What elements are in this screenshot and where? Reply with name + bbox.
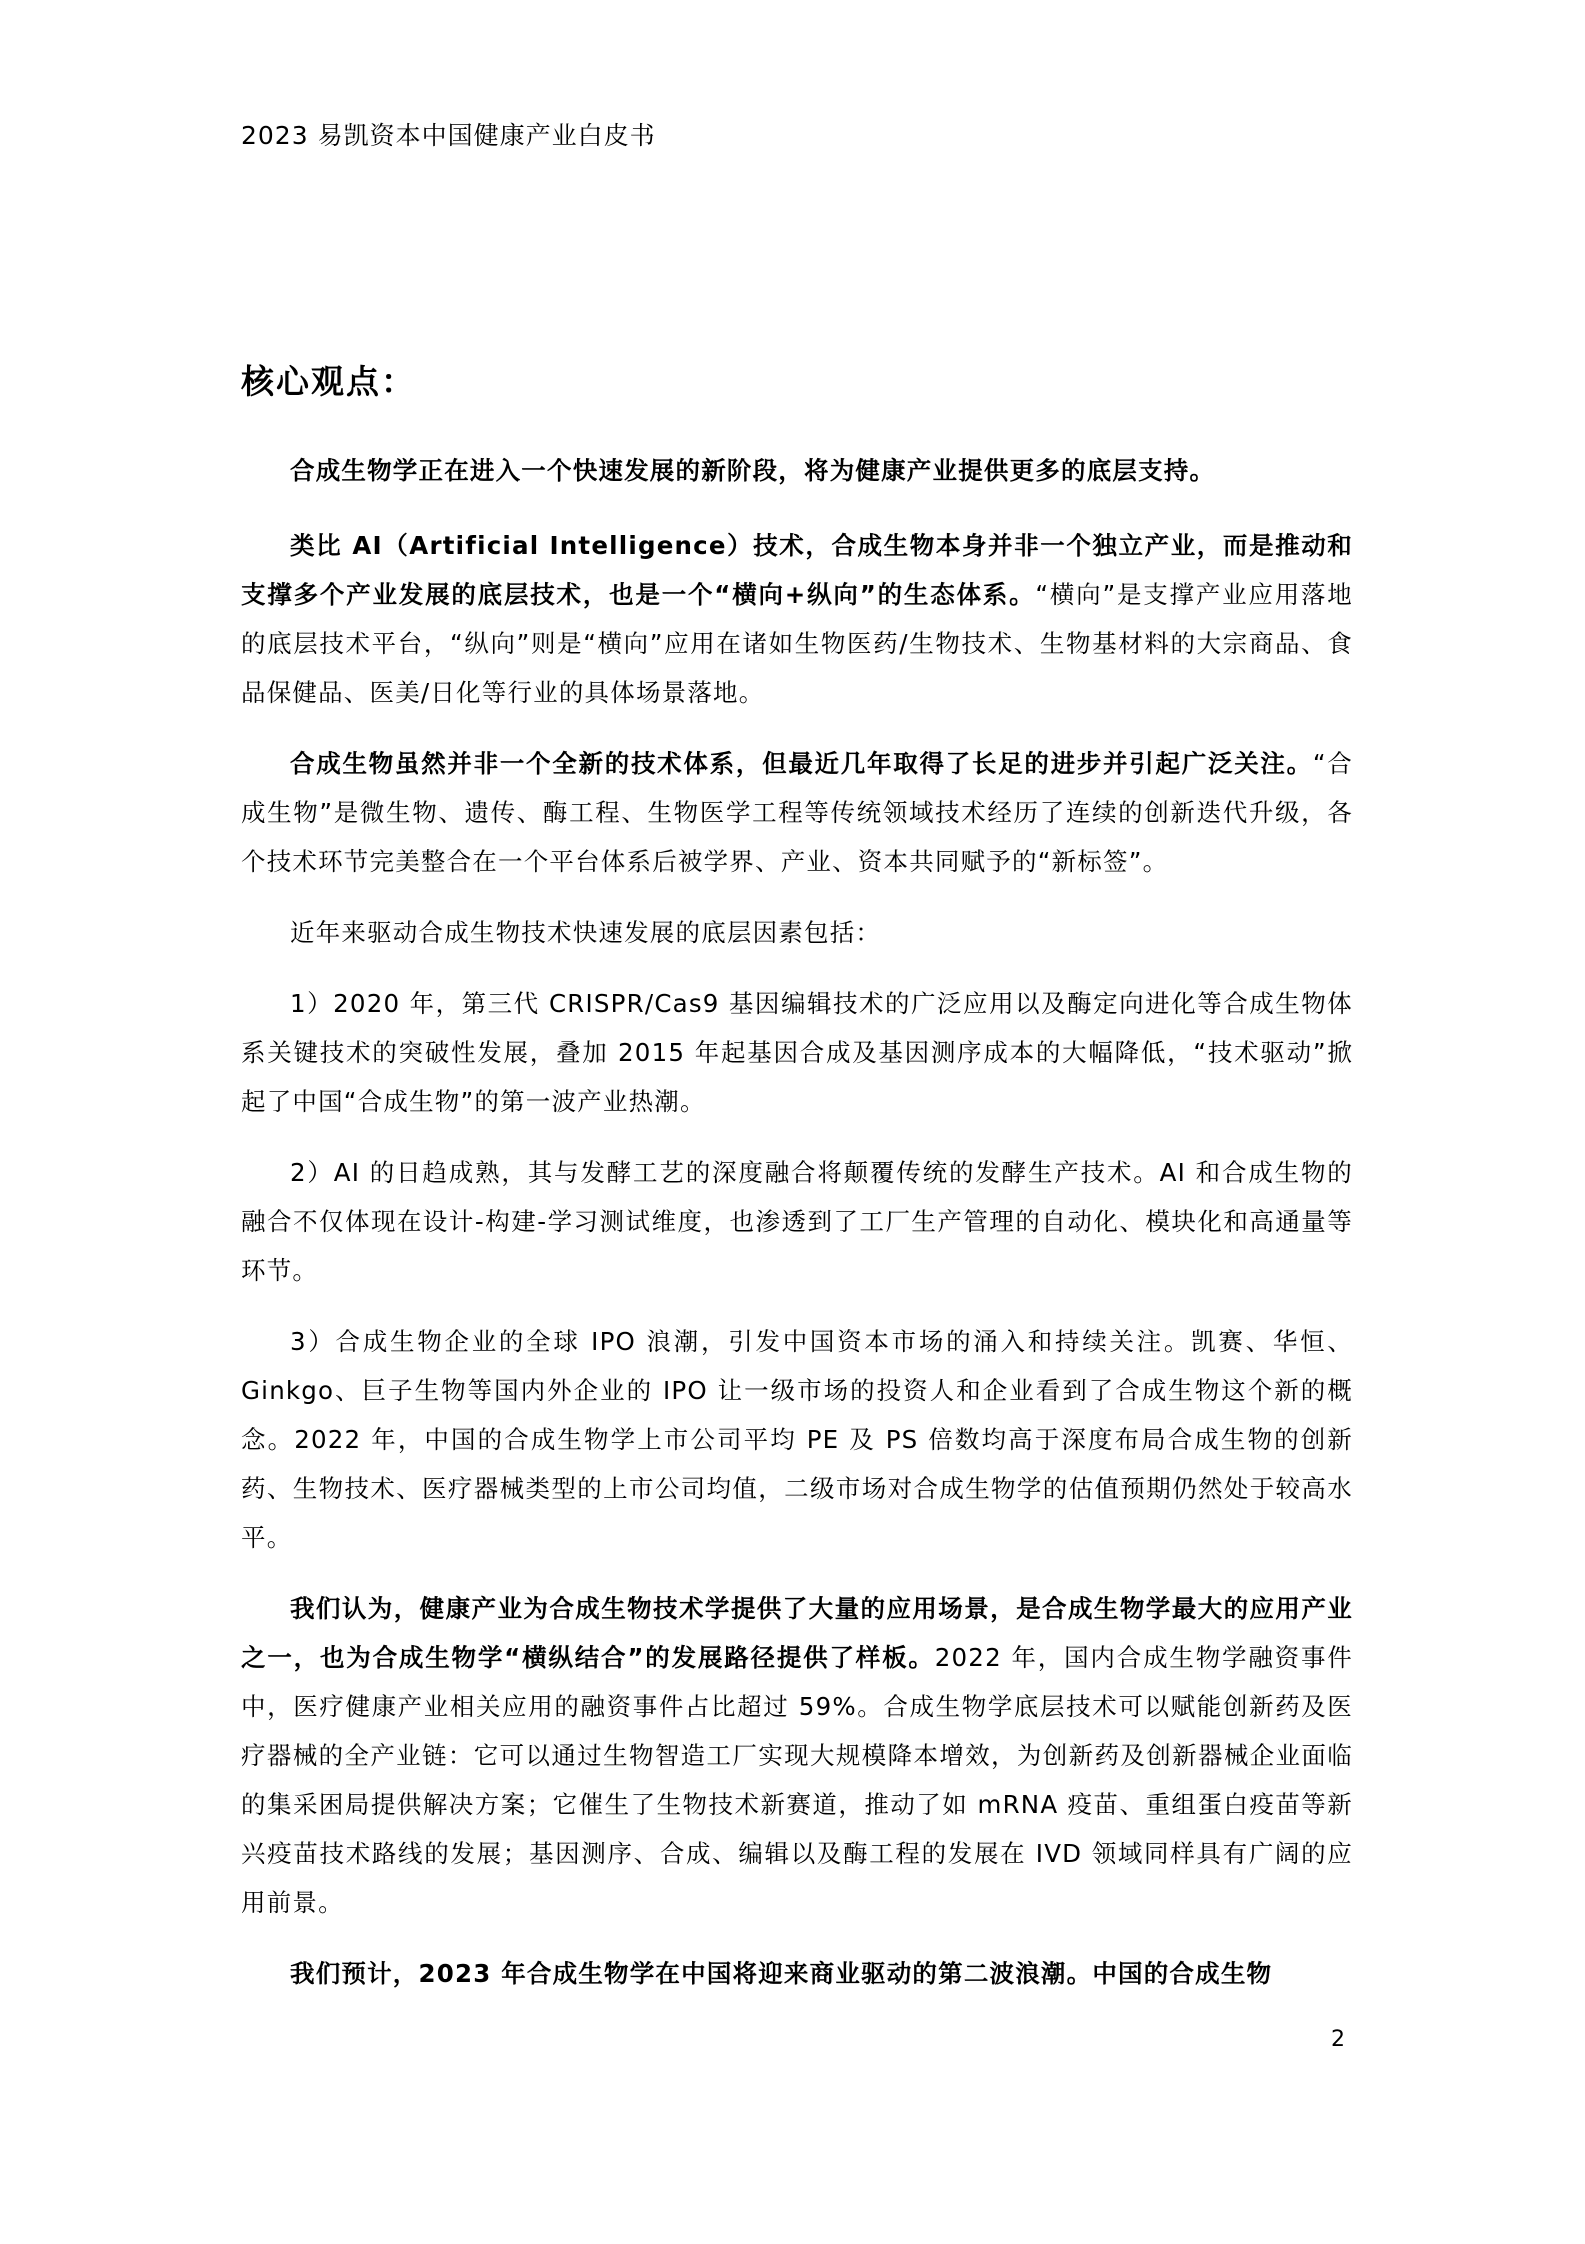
document-page: 2023 易凯资本中国健康产业白皮书 核心观点： 合成生物学正在进入一个快速发展… [0,0,1585,2244]
paragraph-text: 近年来驱动合成生物技术快速发展的底层因素包括： [290,918,881,947]
paragraph-bold-text: 合成生物虽然并非一个全新的技术体系，但最近几年取得了长足的进步并引起广泛关注。 [290,749,1313,778]
paragraph-drivers-intro: 近年来驱动合成生物技术快速发展的底层因素包括： [241,908,1353,957]
paragraph-lead: 合成生物学正在进入一个快速发展的新阶段，将为健康产业提供更多的底层支持。 [241,446,1353,495]
paragraph-forecast-2023: 我们预计，2023 年合成生物学在中国将迎来商业驱动的第二波浪潮。中国的合成生物 [241,1949,1353,1998]
paragraph-bold-text: 合成生物学正在进入一个快速发展的新阶段，将为健康产业提供更多的底层支持。 [290,456,1215,485]
section-title: 核心观点： [241,360,416,404]
paragraph-health-industry: 我们认为，健康产业为合成生物技术学提供了大量的应用场景，是合成生物学最大的应用产… [241,1584,1353,1927]
paragraph-text: 1）2020 年，第三代 CRISPR/Cas9 基因编辑技术的广泛应用以及酶定… [241,989,1353,1116]
paragraph-ai-analogy: 类比 AI（Artificial Intelligence）技术，合成生物本身并… [241,521,1353,717]
page-number: 2 [1331,2026,1345,2054]
paragraph-not-new: 合成生物虽然并非一个全新的技术体系，但最近几年取得了长足的进步并引起广泛关注。“… [241,739,1353,886]
paragraph-bold-text: 我们预计，2023 年合成生物学在中国将迎来商业驱动的第二波浪潮。中国的合成生物 [290,1959,1272,1988]
paragraph-text: 2022 年，国内合成生物学融资事件中，医疗健康产业相关应用的融资事件占比超过 … [241,1643,1353,1917]
paragraph-driver-2: 2）AI 的日趋成熟，其与发酵工艺的深度融合将颠覆传统的发酵生产技术。AI 和合… [241,1148,1353,1295]
running-header: 2023 易凯资本中国健康产业白皮书 [241,118,656,154]
paragraph-driver-3: 3）合成生物企业的全球 IPO 浪潮，引发中国资本市场的涌入和持续关注。凯赛、华… [241,1317,1353,1562]
paragraph-driver-1: 1）2020 年，第三代 CRISPR/Cas9 基因编辑技术的广泛应用以及酶定… [241,979,1353,1126]
body-text: 合成生物学正在进入一个快速发展的新阶段，将为健康产业提供更多的底层支持。 类比 … [241,446,1353,2020]
paragraph-text: 2）AI 的日趋成熟，其与发酵工艺的深度融合将颠覆传统的发酵生产技术。AI 和合… [241,1158,1353,1285]
paragraph-text: 3）合成生物企业的全球 IPO 浪潮，引发中国资本市场的涌入和持续关注。凯赛、华… [241,1327,1353,1552]
